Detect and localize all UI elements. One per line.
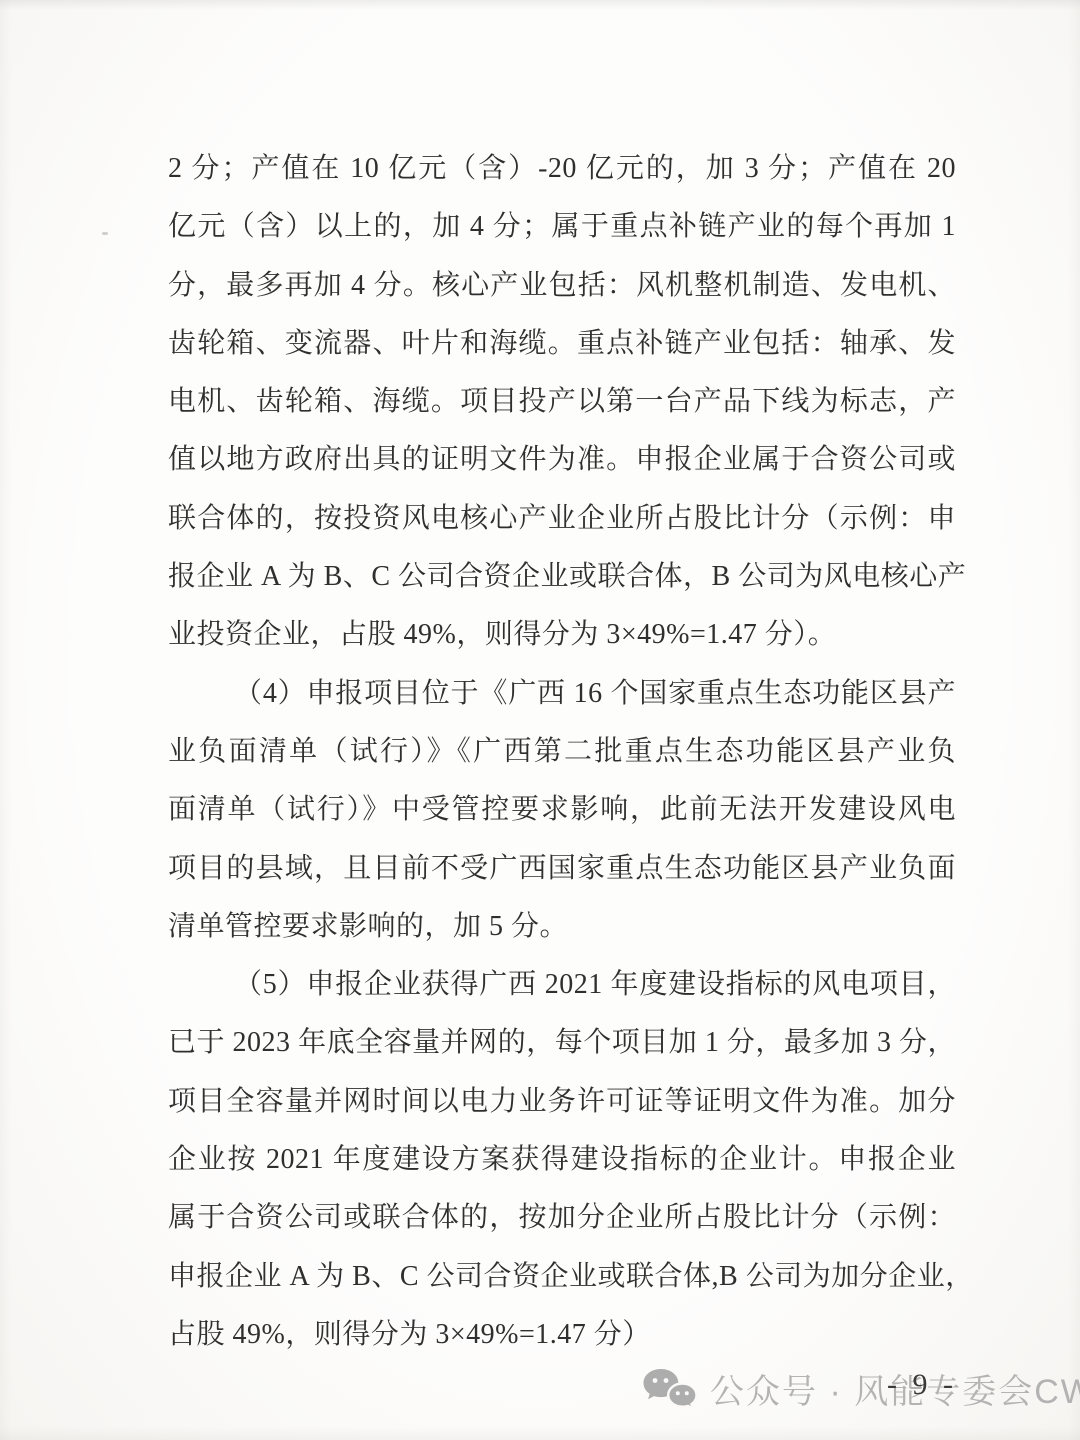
text-line: 企业按 2021 年度建设方案获得建设指标的企业计。申报企业: [168, 1131, 956, 1189]
text-line: 项目的县域，且目前不受广西国家重点生态功能区县产业负面: [168, 840, 956, 898]
text-line: 项目全容量并网时间以电力业务许可证等证明文件为准。加分: [168, 1073, 956, 1131]
text-line: 业投资企业，占股 49%，则得分为 3×49%=1.47 分）。: [168, 606, 956, 664]
text-line: 已于 2023 年底全容量并网的，每个项目加 1 分，最多加 3 分，: [168, 1014, 956, 1072]
text-line: 分，最多再加 4 分。核心产业包括：风机整机制造、发电机、: [168, 257, 956, 315]
text-line: 申报企业 A 为 B、C 公司合资企业或联合体,B 公司为加分企业，: [168, 1248, 956, 1306]
text-line: 面清单（试行）》中受管控要求影响，此前无法开发建设风电: [168, 781, 956, 839]
text-line: （5）申报企业获得广西 2021 年度建设指标的风电项目，: [168, 956, 956, 1014]
footer: 公众号 · 风能专委会CWEA - 9 -: [0, 1360, 1080, 1420]
scanned-document-page: 2 分；产值在 10 亿元（含）-20 亿元的，加 3 分；产值在 20亿元（含…: [0, 0, 1080, 1440]
text-line: （4）申报项目位于《广西 16 个国家重点生态功能区县产: [168, 665, 956, 723]
page-number: - 9 -: [862, 1368, 982, 1402]
scan-artifact-dot: [102, 232, 108, 235]
text-line: 电机、齿轮箱、海缆。项目投产以第一台产品下线为标志，产: [168, 373, 956, 431]
text-line: 值以地方政府出具的证明文件为准。申报企业属于合资公司或: [168, 431, 956, 489]
text-line: 齿轮箱、变流器、叶片和海缆。重点补链产业包括：轴承、发: [168, 315, 956, 373]
document-text: 2 分；产值在 10 亿元（含）-20 亿元的，加 3 分；产值在 20亿元（含…: [168, 140, 956, 1364]
wechat-watermark: 公众号 · 风能专委会CWEA: [640, 1364, 1080, 1413]
text-line: 清单管控要求影响的，加 5 分。: [168, 898, 956, 956]
text-line: 联合体的，按投资风电核心产业企业所占股比计分（示例：申: [168, 490, 956, 548]
text-line: 属于合资公司或联合体的，按加分企业所占股比计分（示例：: [168, 1189, 956, 1247]
wechat-icon: [640, 1366, 710, 1412]
text-line: 占股 49%，则得分为 3×49%=1.47 分）: [168, 1306, 956, 1364]
text-line: 业负面清单（试行）》《广西第二批重点生态功能区县产业负: [168, 723, 956, 781]
text-line: 报企业 A 为 B、C 公司合资企业或联合体，B 公司为风电核心产: [168, 548, 956, 606]
text-line: 2 分；产值在 10 亿元（含）-20 亿元的，加 3 分；产值在 20: [168, 140, 956, 198]
text-line: 亿元（含）以上的，加 4 分；属于重点补链产业的每个再加 1: [168, 198, 956, 256]
